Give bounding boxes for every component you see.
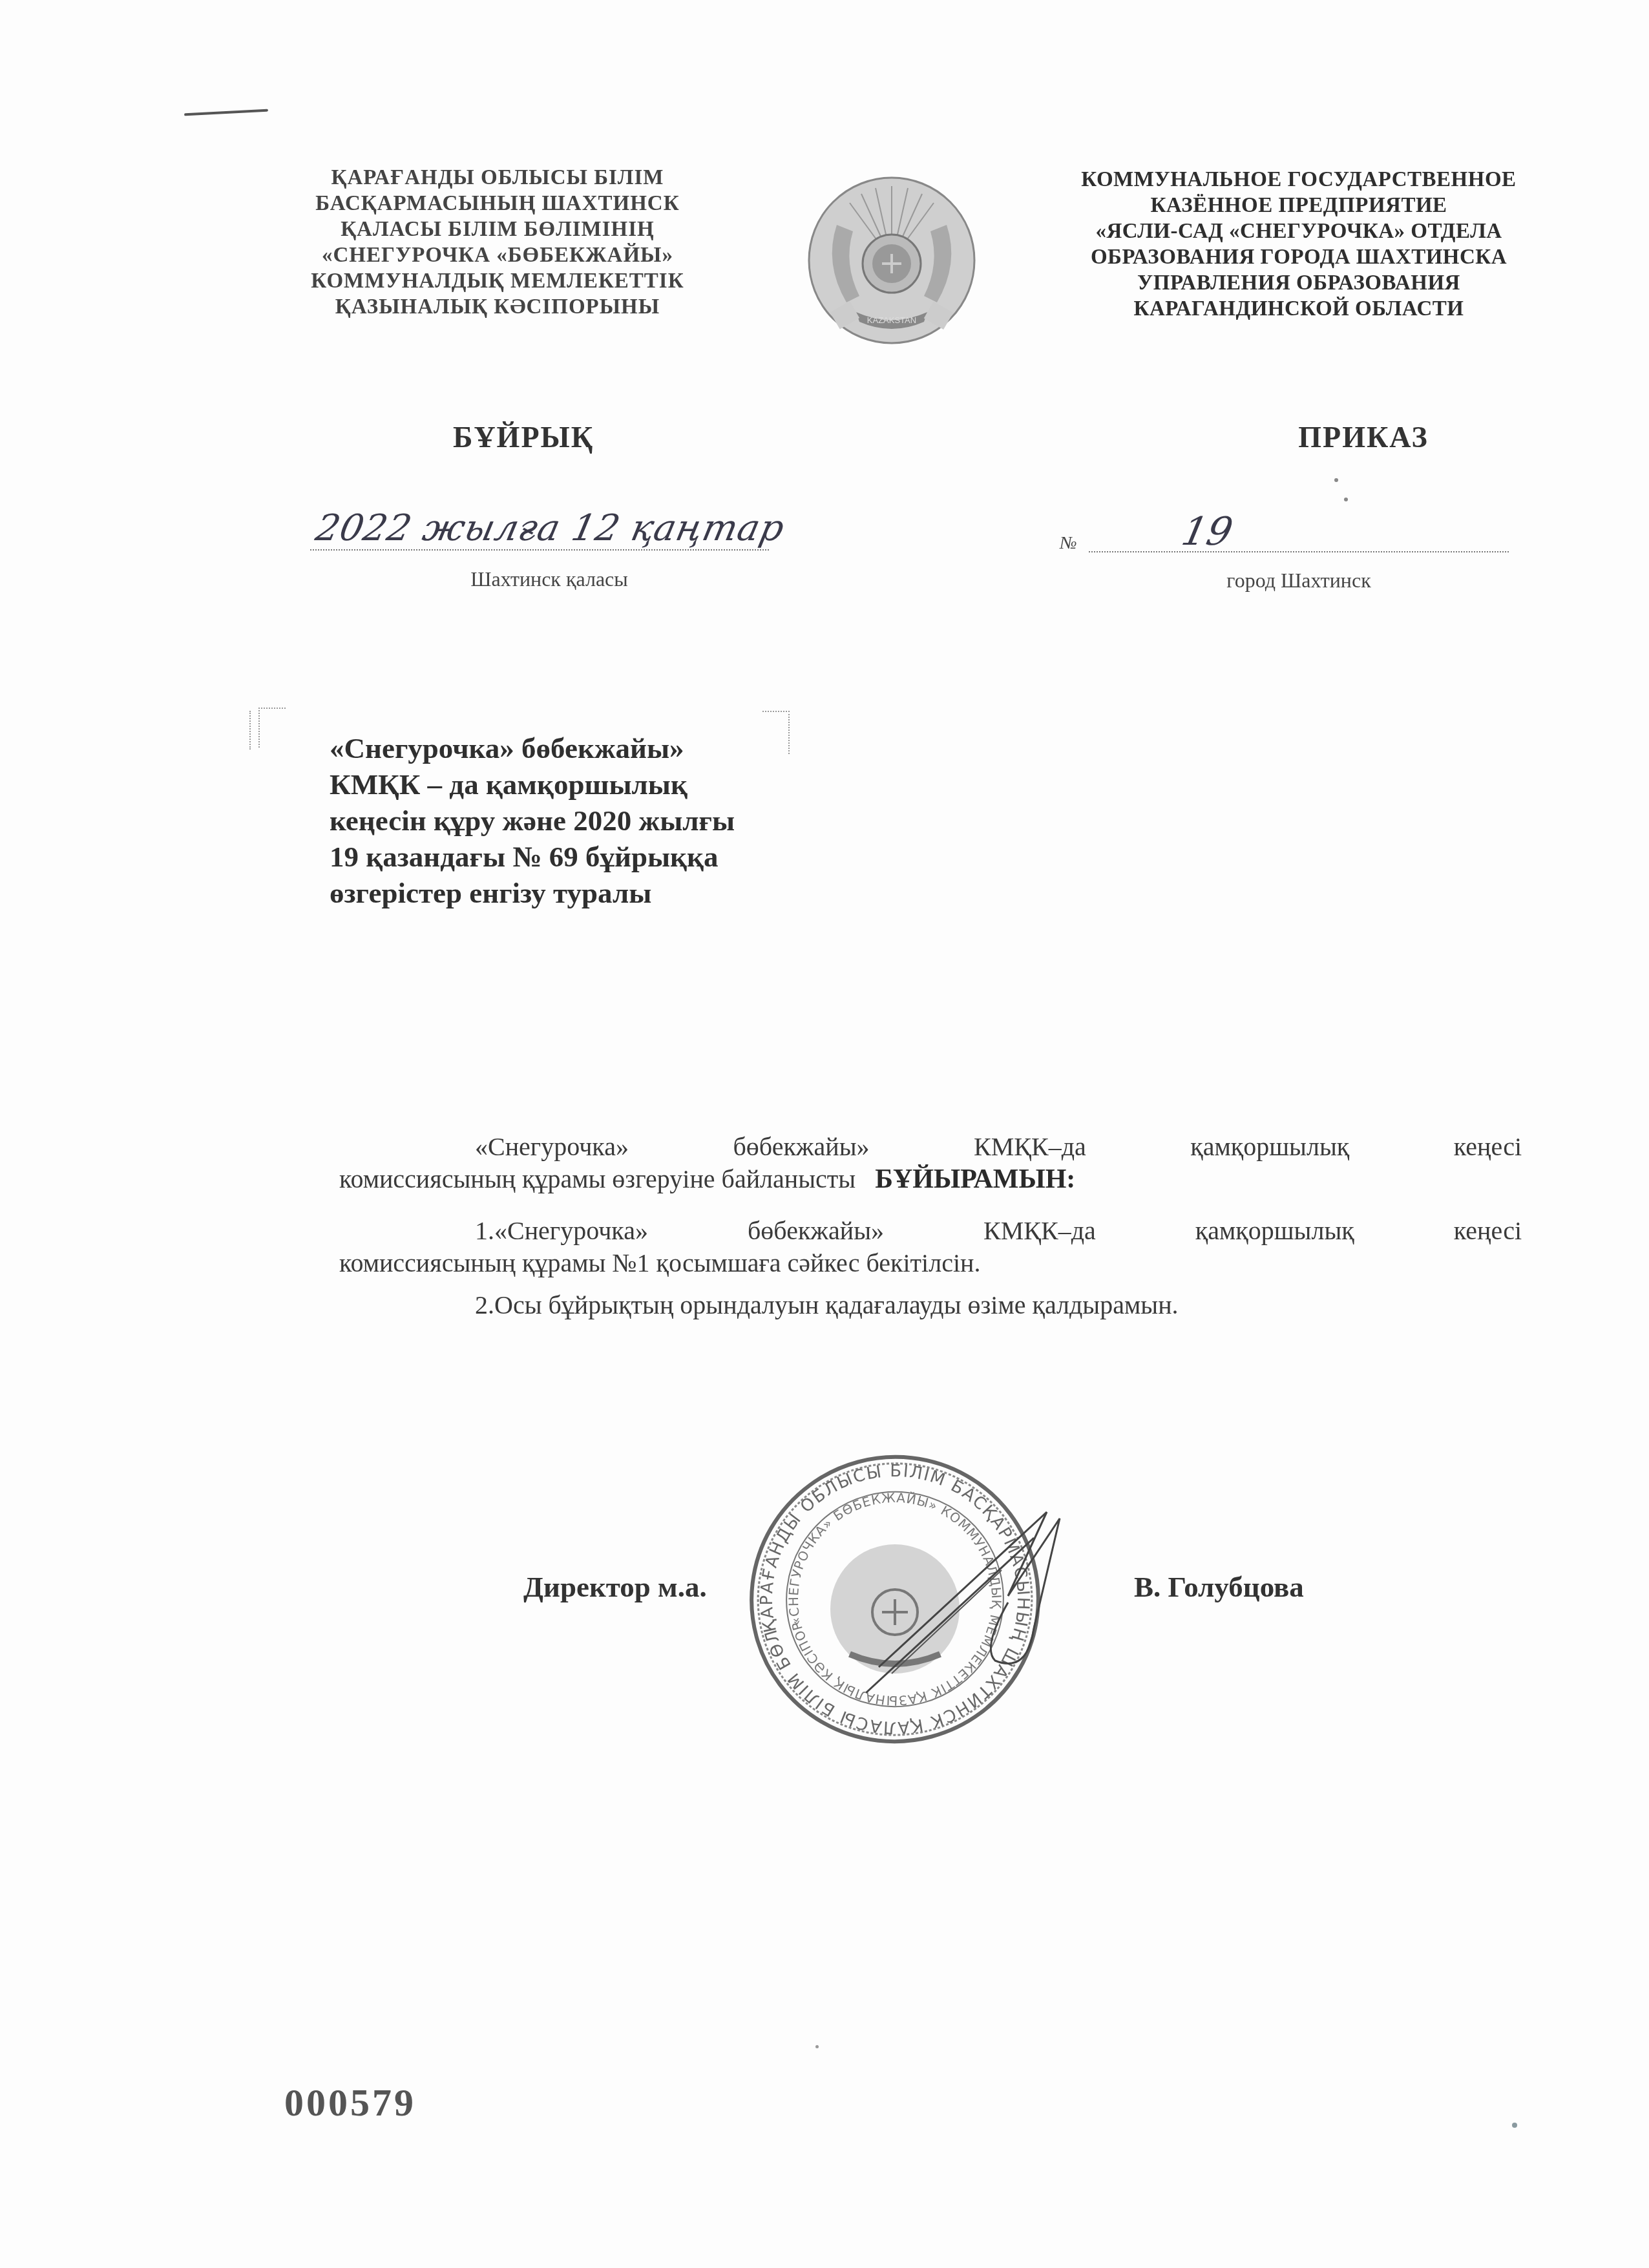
command-word: БҰЙЫРАМЫН: [875, 1164, 1075, 1194]
number-sign: № [1060, 533, 1077, 554]
header-ru-line: образования города Шахтинска [1040, 244, 1557, 270]
header-kz: Қарағанды облысы білім басқармасының Шах… [258, 165, 737, 320]
pen-mark [184, 109, 268, 116]
svg-text:KAZAKSTAN: KAZAKSTAN [867, 315, 916, 325]
intro-line: «Снегурочка» бөбекжайы» КМҚК–да қамқоршы… [339, 1131, 1522, 1163]
header-kz-line: басқармасының Шахтинск [258, 191, 737, 216]
subject-line: өзгерістер енгізу туралы [330, 875, 846, 911]
header-ru-line: казённое предприятие [1040, 193, 1557, 218]
header-kz-line: қазыналық кәсіпорыны [258, 294, 737, 320]
scan-speck [1344, 498, 1348, 501]
subject-line: кеңесін құру және 2020 жылғы [330, 803, 846, 839]
handwritten-signature-icon [840, 1499, 1098, 1706]
subject-line: 19 қазандағы № 69 бұйрыққа [330, 839, 846, 875]
intro-line: комиссиясының құрамы өзгеруіне байланыст… [339, 1164, 856, 1193]
scan-speck [815, 2045, 819, 2048]
item-2: 2.Осы бұйрықтың орындалуын қадағалауды ө… [475, 1289, 1573, 1321]
scan-speck [1512, 2123, 1517, 2128]
scan-speck [1334, 478, 1338, 482]
order-title-ru: ПРИКАЗ [1170, 420, 1557, 454]
corner-bracket [249, 711, 251, 750]
form-serial-number: 000579 [284, 2081, 416, 2125]
intro-paragraph: «Снегурочка» бөбекжайы» КМҚК–да қамқоршы… [339, 1131, 1522, 1195]
header-kz-line: қаласы білім бөлімінің [258, 216, 737, 242]
header-kz-line: «Снегурочка «бөбекжайы» [258, 242, 737, 268]
header-ru-line: Коммунальное государственное [1040, 167, 1557, 193]
header-ru-line: Карагандинской области [1040, 296, 1557, 322]
item-1-line: комиссиясының құрамы №1 қосымшаға сәйкес… [339, 1248, 980, 1277]
subject-line: «Снегурочка» бөбекжайы» [330, 730, 846, 766]
order-number: 19 [1178, 509, 1237, 554]
order-date: 2022 жылға 12 қаңтар [312, 507, 788, 549]
item-1-line: 1.«Снегурочка» бөбекжайы» КМҚК–да қамқор… [339, 1215, 1522, 1247]
header-ru-line: «Ясли-сад «Снегурочка» отдела [1040, 218, 1557, 244]
order-title-kz: БҰЙРЫҚ [362, 420, 685, 454]
corner-bracket [258, 708, 286, 748]
signatory-role: Директор м.а. [523, 1570, 707, 1604]
city-ru: город Шахтинск [1092, 569, 1506, 593]
header-kz-line: коммуналдық мемлекеттік [258, 268, 737, 294]
number-field [1089, 516, 1509, 552]
header-ru-line: управления образования [1040, 270, 1557, 296]
header-kz-line: Қарағанды облысы білім [258, 165, 737, 191]
subject-line: КМҚК – да қамқоршылық [330, 766, 846, 803]
state-emblem-icon: KAZAKSTAN [798, 167, 985, 354]
item-1: 1.«Снегурочка» бөбекжайы» КМҚК–да қамқор… [339, 1215, 1522, 1279]
city-kz: Шахтинск қаласы [323, 567, 775, 591]
header-ru: Коммунальное государственное казённое пр… [1040, 167, 1557, 322]
order-subject: «Снегурочка» бөбекжайы» КМҚК – да қамқор… [330, 730, 846, 911]
signatory-name: В. Голубцова [1134, 1570, 1304, 1604]
